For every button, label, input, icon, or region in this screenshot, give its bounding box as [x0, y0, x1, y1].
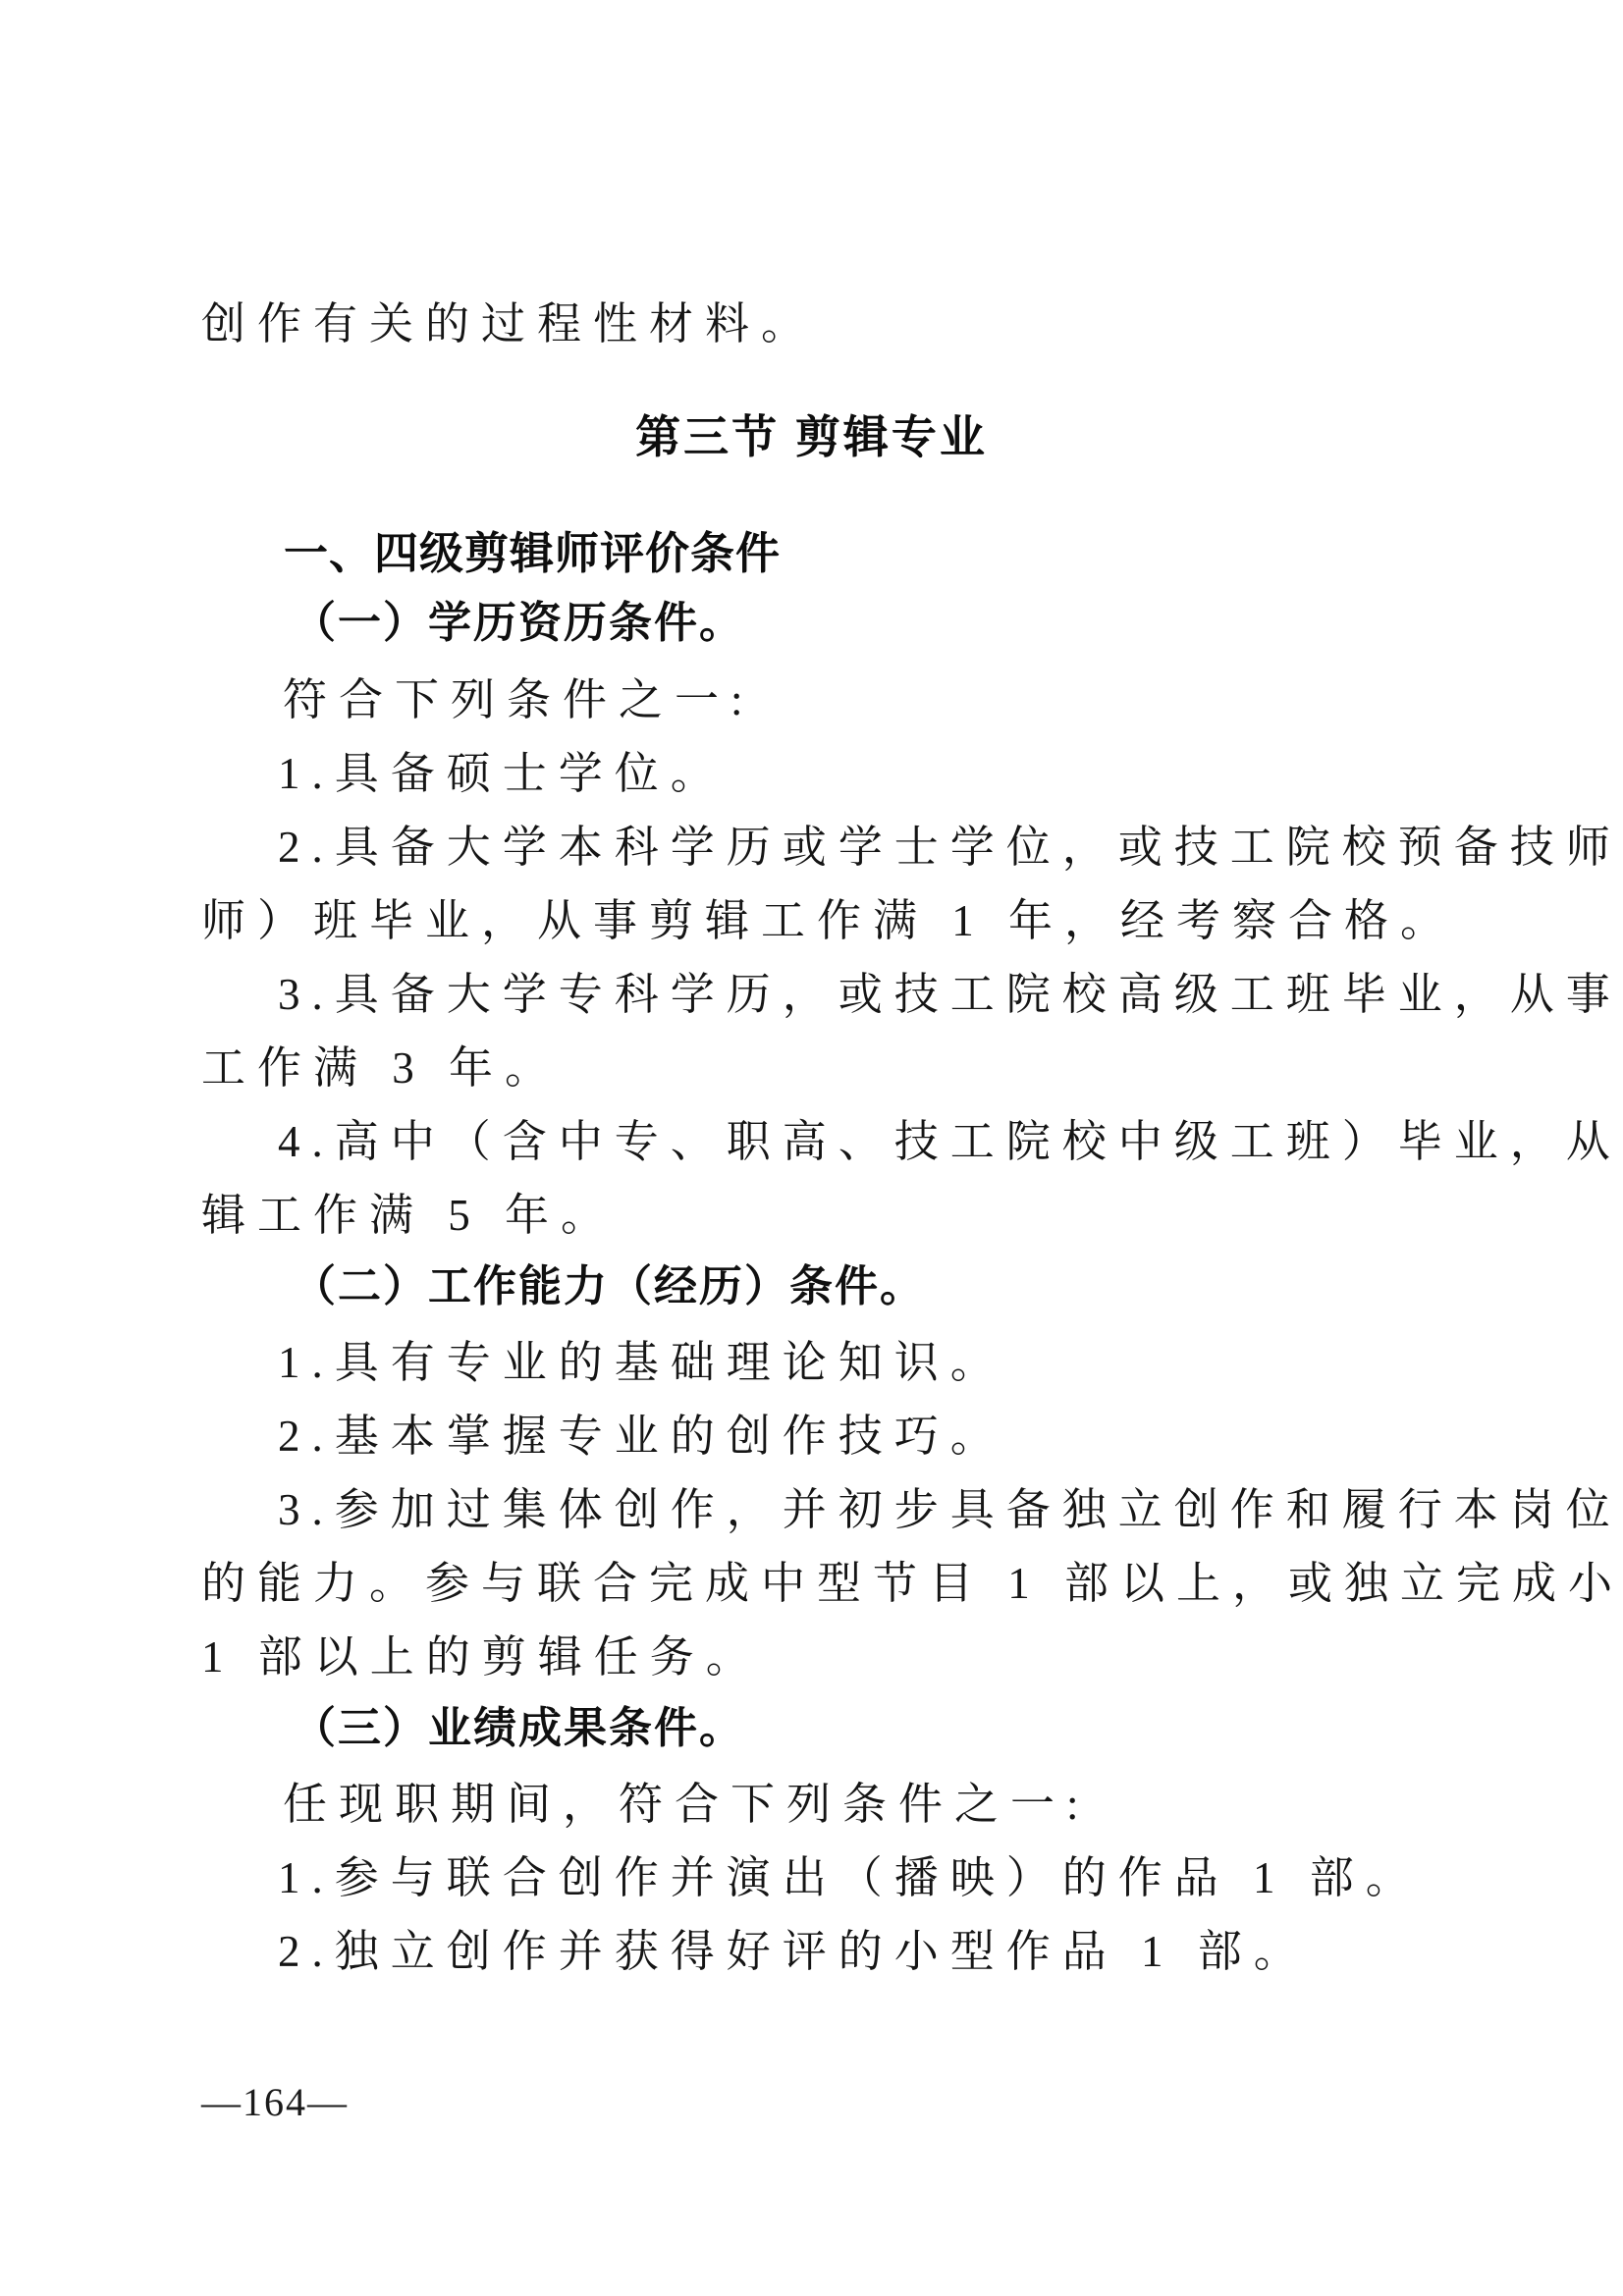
body-line: 3.参加过集体创作，并初步具备独立创作和履行本岗位职责: [278, 1488, 1623, 1532]
sub-heading-3: （三）业绩成果条件。: [293, 1707, 744, 1750]
section-heading-level1: 一、四级剪辑师评价条件: [284, 531, 781, 575]
document-page: 创作有关的过程性材料。 第三节 剪辑专业 一、四级剪辑师评价条件 （一）学历资历…: [0, 0, 1623, 2296]
body-line: 师）班毕业，从事剪辑工作满 1 年，经考察合格。: [201, 899, 1456, 943]
body-line: 1.参与联合创作并演出（播映）的作品 1 部。: [278, 1856, 1422, 1900]
sub-heading-2: （二）工作能力（经历）条件。: [293, 1265, 925, 1308]
body-line: 1.具有专业的基础理论知识。: [278, 1341, 1006, 1385]
body-line: 4.高中（含中专、职高、技工院校中级工班）毕业，从事剪: [278, 1120, 1623, 1164]
chapter-heading: 第三节 剪辑专业: [0, 414, 1623, 459]
body-line: 符合下列条件之一:: [283, 678, 755, 722]
sub-heading-1: （一）学历资历条件。: [293, 602, 744, 645]
body-line: 3.具备大学专科学历，或技工院校高级工班毕业，从事剪辑: [278, 973, 1623, 1017]
body-line: 2.具备大学本科学历或学士学位，或技工院校预备技师（技: [278, 826, 1623, 870]
body-line: 的能力。参与联合完成中型节目 1 部以上，或独立完成小型节目: [201, 1562, 1623, 1606]
body-line: 2.基本掌握专业的创作技巧。: [278, 1415, 1006, 1459]
body-line: 1 部以上的剪辑任务。: [201, 1635, 762, 1680]
body-line: 辑工作满 5 年。: [201, 1194, 617, 1238]
body-line: 2.独立创作并获得好评的小型作品 1 部。: [278, 1930, 1310, 1974]
body-line: 工作满 3 年。: [201, 1046, 561, 1091]
page-number: —164—: [201, 2083, 349, 2122]
body-line: 创作有关的过程性材料。: [201, 302, 817, 347]
body-line: 任现职期间，符合下列条件之一:: [283, 1783, 1091, 1827]
body-line: 1.具备硕士学位。: [278, 752, 727, 796]
